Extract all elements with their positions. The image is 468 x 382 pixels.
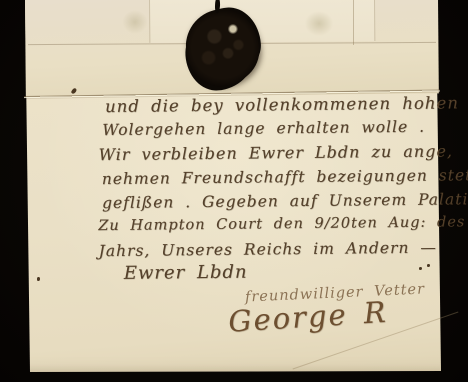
wax-drip (215, 0, 221, 13)
flap-panel (149, 0, 375, 43)
paper-stain-left (118, 6, 152, 38)
vertical-crease (353, 0, 354, 45)
photo-frame: und die bey vollenkommenen hohen Wolerge… (0, 0, 468, 382)
paper-stain-right (300, 7, 338, 40)
